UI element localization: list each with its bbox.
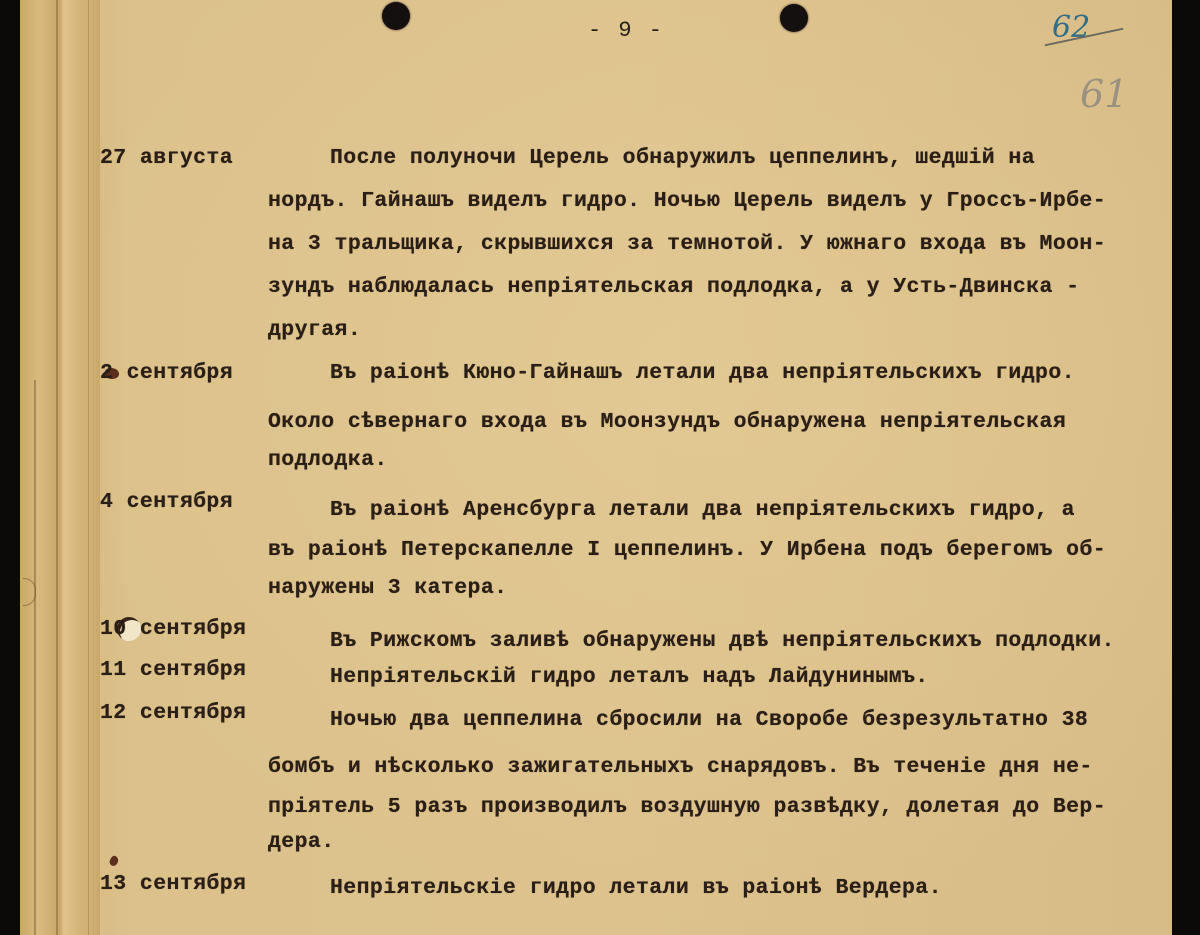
entry-text-line: Ночью два цеппелина сбросили на Своробе … [330,708,1088,732]
entry-text-line: Въ Рижскомъ заливѣ обнаружены двѣ непрія… [330,629,1115,653]
entry-date: 27 августа [100,146,233,170]
entry-text-line: Въ раіонѣ Кюно-Гайнашъ летали два непрія… [330,361,1075,385]
entry-date: 11 сентября [100,658,246,682]
entry-text-line: наружены 3 катера. [268,576,507,600]
punch-hole [382,2,410,30]
entry-text-line: Непріятельскій гидро леталъ надъ Лайдуни… [330,665,929,689]
entry-date: 4 сентября [100,490,233,514]
entry-text-line: на 3 тральщика, скрывшихся за темнотой. … [268,232,1106,256]
ink-blot [108,855,120,868]
entry-date: 2 сентября [100,361,233,385]
entry-text-line: Въ раіонѣ Аренсбурга летали два непріяте… [330,498,1075,522]
entry-text-line: подлодка. [268,448,388,472]
entry-text-line: После полуночи Церель обнаружилъ цеппели… [330,146,1035,170]
archive-number: 61 [1080,72,1128,116]
document-page: - 9 - 62 61 27 августа После полуночи Це… [20,0,1172,935]
entry-text-line: Около сѣвернаго входа въ Моонзундъ обнар… [268,410,1066,434]
page-number: - 9 - [588,18,664,43]
entry-text-line: зундъ наблюдалась непріятельская подлодк… [268,275,1079,299]
punch-hole [780,4,808,32]
entry-text-line: Непріятельскіе гидро летали въ раіонѣ Ве… [330,876,942,900]
entry-text-line: дера. [268,830,335,854]
entry-date: 12 сентября [100,701,246,725]
margin-pencil-line [34,380,36,935]
entry-text-line: нордъ. Гайнашъ виделъ гидро. Ночью Церел… [268,189,1106,213]
entry-date: 13 сентября [100,872,246,896]
binding-fold-line [88,0,89,935]
archive-number-struck: 62 [1052,10,1090,45]
entry-text-line: пріятель 5 разъ производилъ воздушную ра… [268,795,1106,819]
entry-text-line: бомбъ и нѣсколько зажигательныхъ снарядо… [268,755,1093,779]
entry-text-line: въ раіонѣ Петерскапелле I цеппелинъ. У И… [268,538,1106,562]
entry-date: 10 сентября [100,617,246,641]
binding-fold-line [56,0,58,935]
binding-strip [20,0,100,935]
entry-text-line: другая. [268,318,361,342]
